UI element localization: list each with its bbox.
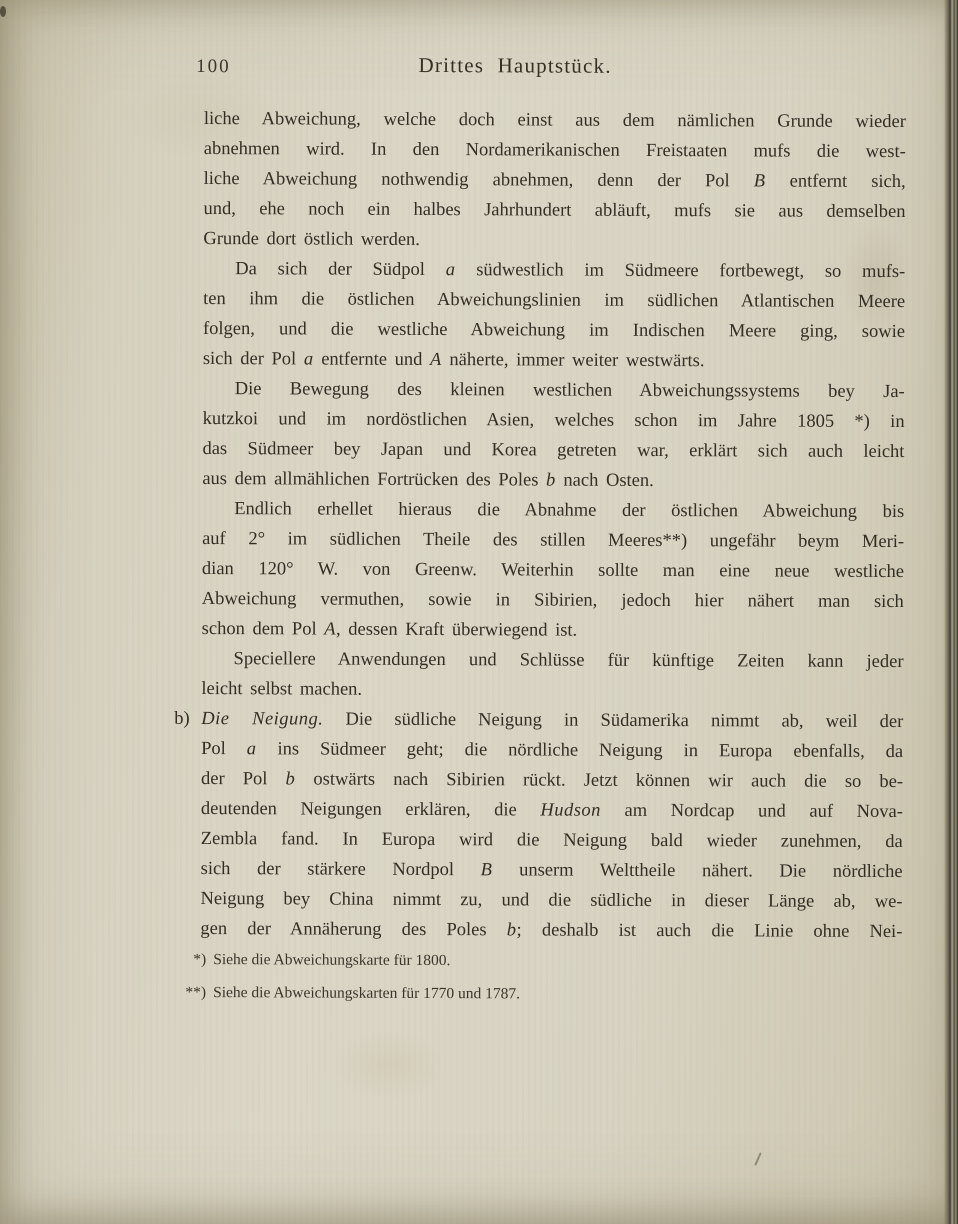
book-page-scan: 100 Drittes Hauptstück. liche Abweichung…	[0, 0, 958, 1224]
text-line: sich der Pol a entfernte und A näherte, …	[203, 344, 905, 377]
text-line: Abweichung vermuthen, sowie in Sibirien,…	[202, 584, 904, 617]
text-line: dian 120° W. von Greenw. Weiterhin sollt…	[202, 554, 904, 587]
text-line: ten ihm die östlichen Abweichungslinien …	[203, 284, 905, 317]
text-line: und, ehe noch ein halbes Jahrhundert abl…	[203, 194, 905, 227]
footnote-marker: *)	[172, 950, 213, 970]
paragraph: liche Abweichung, welche doch einst aus …	[203, 104, 906, 257]
footnote-marker: **)	[172, 983, 213, 1003]
footnotes-block: *)Siehe die Abweichungskarte für 1800.**…	[172, 950, 892, 1019]
text-line: Grunde dort östlich werden.	[203, 224, 905, 257]
text-line: sich der stärkere Nordpol B unserm Weltt…	[201, 854, 903, 887]
text-line: Zembla fand. In Europa wird die Neigung …	[201, 824, 903, 857]
text-line: Pol a ins Südmeer geht; die nördliche Ne…	[201, 734, 903, 767]
text-line: liche Abweichung nothwendig abnehmen, de…	[204, 164, 906, 197]
printed-text-layer: 100 Drittes Hauptstück. liche Abweichung…	[0, 0, 958, 1224]
text-line: aus dem allmählichen Fortrücken des Pole…	[202, 464, 904, 497]
footnote-text: Siehe die Abweichungskarten für 1770 und…	[213, 983, 892, 1006]
text-line: abnehmen wird. In den Nordamerikanischen…	[204, 134, 906, 167]
paragraph: Endlich erhellet hieraus die Abnahme der…	[202, 494, 905, 647]
text-line: schon dem Pol A, dessen Kraft überwiegen…	[202, 614, 904, 647]
text-line: gen der Annäherung des Poles b; deshalb …	[200, 914, 902, 947]
footnote: **)Siehe die Abweichungskarten für 1770 …	[172, 983, 892, 1006]
paragraph: Die Bewegung des kleinen westlichen Abwe…	[202, 374, 905, 497]
running-chapter-title: Drittes Hauptstück.	[300, 52, 730, 79]
paragraph: b)Die Neigung. Die südliche Neigung in S…	[200, 704, 903, 947]
page-edge-shadow	[944, 0, 958, 1224]
text-line: Neigung bey China nimmt zu, und die südl…	[200, 884, 902, 917]
section-marker: b)	[174, 704, 190, 734]
text-line: das Südmeer bey Japan und Korea getreten…	[202, 434, 904, 467]
paragraph: Speciellere Anwendungen und Schlüsse für…	[201, 644, 903, 707]
page-number: 100	[196, 56, 231, 78]
text-line: auf 2° im südlichen Theile des stillen M…	[202, 524, 904, 557]
text-line: liche Abweichung, welche doch einst aus …	[204, 104, 906, 137]
footnote-text: Siehe die Abweichungskarte für 1800.	[213, 950, 892, 973]
text-line: Da sich der Südpol a südwestlich im Südm…	[203, 254, 905, 287]
text-line: deutenden Neigungen erklären, die Hudson…	[201, 794, 903, 827]
text-line: folgen, und die westliche Abweichung im …	[203, 314, 905, 347]
text-line: leicht selbst machen.	[201, 674, 903, 707]
text-line: Speciellere Anwendungen und Schlüsse für…	[201, 644, 903, 677]
text-line: Die Bewegung des kleinen westlichen Abwe…	[203, 374, 905, 407]
text-line: der Pol b ostwärts nach Sibirien rückt. …	[201, 764, 903, 797]
footnote: *)Siehe die Abweichungskarte für 1800.	[172, 950, 892, 973]
text-line: kutzkoi und im nordöstlichen Asien, welc…	[203, 404, 905, 437]
text-line: Die Neigung. Die südliche Neigung in Süd…	[201, 704, 903, 737]
paragraph: Da sich der Südpol a südwestlich im Südm…	[203, 254, 906, 377]
text-block: liche Abweichung, welche doch einst aus …	[200, 104, 906, 947]
text-line: Endlich erhellet hieraus die Abnahme der…	[202, 494, 904, 527]
